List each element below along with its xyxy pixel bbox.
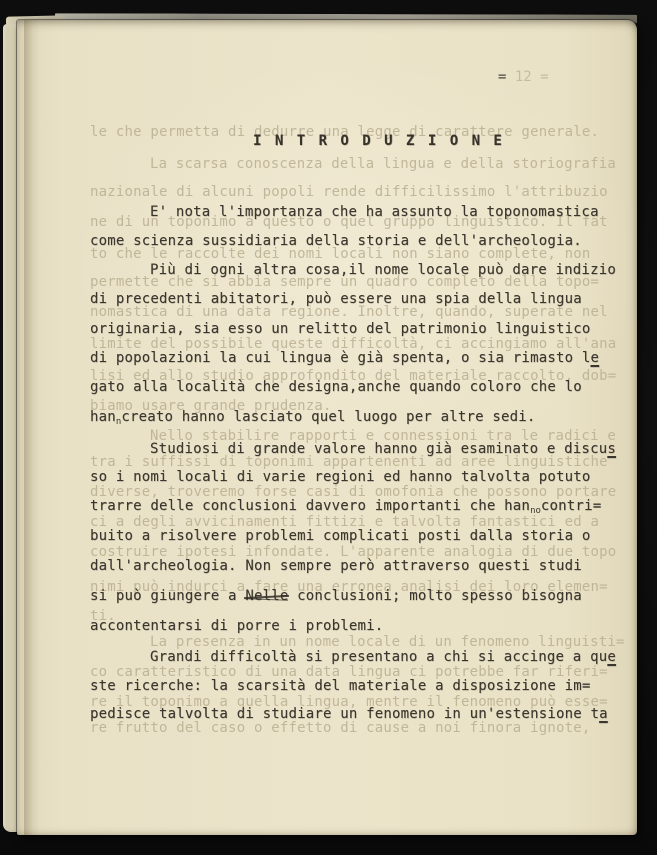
page-title: I N T R O D U Z I O N E bbox=[253, 131, 504, 151]
typescript-line: trarre delle conclusioni davvero importa… bbox=[90, 496, 601, 521]
typescript-line: E' nota l'importanza che ha assunto la t… bbox=[150, 202, 599, 222]
typescript-line: Studiosi di grande valore hanno già esam… bbox=[150, 439, 616, 459]
typescript-line: gato alla località che designa,anche qua… bbox=[90, 377, 582, 397]
typescript-line: di popolazioni la cui lingua è già spent… bbox=[90, 348, 599, 368]
continuation-underline: e bbox=[607, 649, 616, 665]
line-fragment: Grandi difficoltà si presentano a chi si… bbox=[150, 649, 607, 665]
line-fragment: trarre delle conclusioni davvero importa… bbox=[90, 498, 530, 514]
typescript-line: come scienza sussidiaria della storia e … bbox=[90, 231, 582, 251]
continuation-underline: a bbox=[599, 706, 608, 722]
typescript-line: di precedenti abitatori, può essere una … bbox=[90, 289, 582, 309]
bleedthrough-line: nazionale di alcuni popoli rende diffici… bbox=[90, 182, 608, 202]
typescript-line: pedisce talvolta di studiare un fenomeno… bbox=[90, 704, 608, 724]
typescript-line: hanncreato hanno lasciato quel luogo per… bbox=[90, 407, 536, 432]
page-number: = 12 = bbox=[498, 67, 549, 87]
bleedthrough-line: La scarsa conoscenza della lingua e dell… bbox=[150, 154, 616, 174]
typescript-line: si può giungere a Nelle conclusioni; mol… bbox=[90, 586, 582, 606]
binding-gutter-shadow bbox=[24, 20, 40, 835]
line-fragment: contri= bbox=[541, 498, 601, 514]
line-fragment: conclusioni; molto spesso bisogna bbox=[288, 588, 581, 604]
typescript-line: Più di ogni altra cosa,il nome locale pu… bbox=[150, 260, 616, 280]
line-fragment: si può giungere a bbox=[90, 588, 245, 604]
continuation-underline: e bbox=[590, 350, 599, 366]
scanned-book-page: = 12 = le che permetta di dedurre una le… bbox=[0, 0, 657, 855]
typescript-line: buito a risolvere problemi complicati po… bbox=[90, 526, 590, 546]
typescript-line: so i nomi locali di varie regioni ed han… bbox=[90, 467, 590, 487]
line-fragment: pedisce talvolta di studiare un fenomeno… bbox=[90, 706, 599, 722]
line-fragment: Studiosi di grande valore hanno già esam… bbox=[150, 441, 607, 457]
line-fragment: han bbox=[90, 409, 116, 425]
typescript-line: Grandi difficoltà si presentano a chi si… bbox=[150, 647, 616, 667]
page-number-faint: 12 = bbox=[506, 69, 548, 85]
line-fragment: di popolazioni la cui lingua è già spent… bbox=[90, 350, 590, 366]
typescript-line: ste ricerche: la scarsità del materiale … bbox=[90, 676, 590, 696]
typescript-line: originaria, sia esso un relitto del patr… bbox=[90, 319, 590, 339]
struck-out-word: Nelle bbox=[245, 588, 288, 604]
typescript-line: dall'archeologia. Non sempre però attrav… bbox=[90, 556, 582, 576]
continuation-underline: s bbox=[607, 441, 616, 457]
typescript-line: accontentarsi di porre i problemi. bbox=[90, 616, 383, 636]
line-fragment: creato hanno lasciato quel luogo per alt… bbox=[121, 409, 535, 425]
inserted-letters: no bbox=[530, 506, 541, 516]
